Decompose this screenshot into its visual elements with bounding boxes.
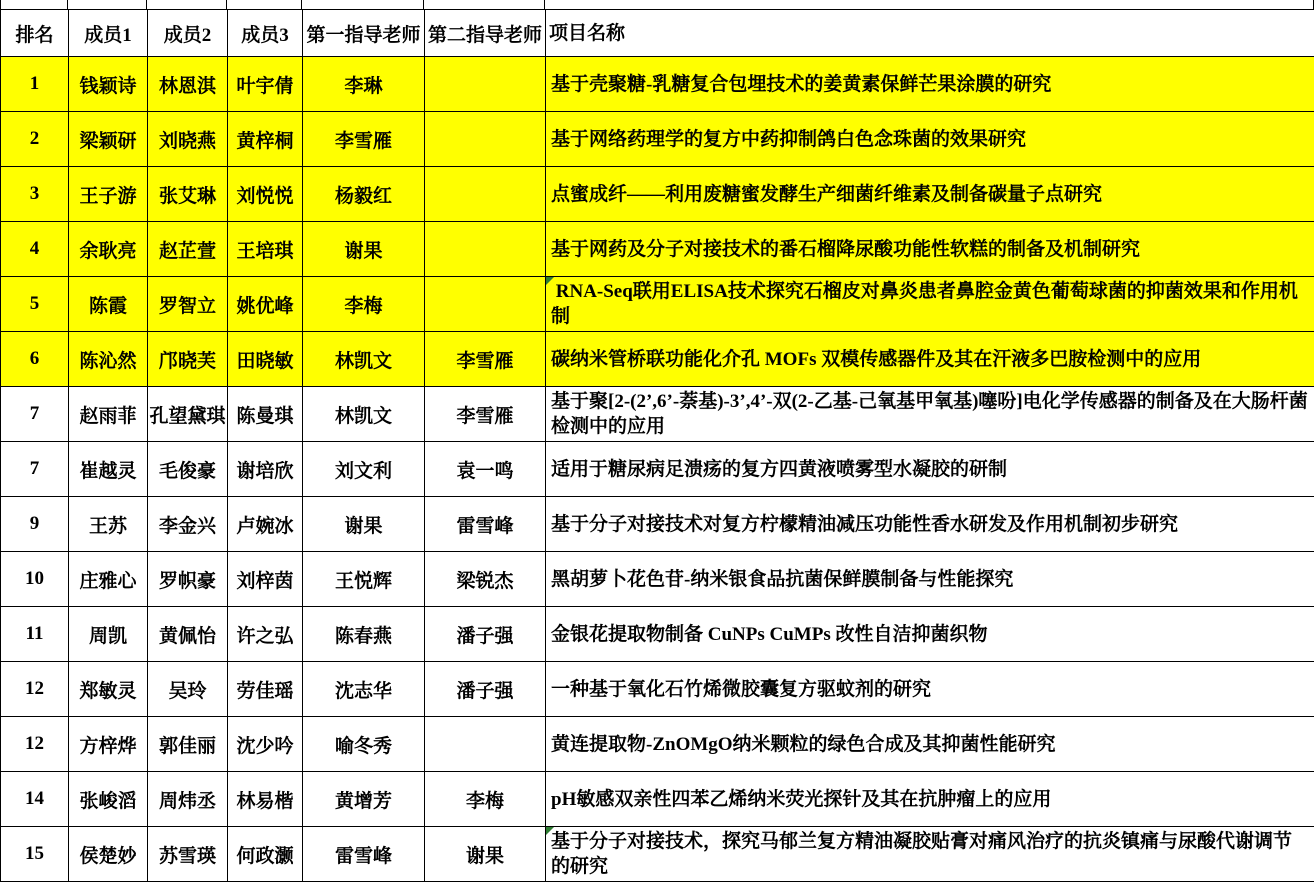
cell-rank[interactable]: 2: [1, 112, 69, 167]
header-project[interactable]: 项目名称: [546, 10, 1314, 57]
cell-teacher2[interactable]: 潘子强: [425, 607, 546, 662]
cell-teacher1[interactable]: 李琳: [303, 57, 425, 112]
cell-member1[interactable]: 王苏: [69, 497, 148, 552]
cell-teacher2[interactable]: [425, 717, 546, 772]
cell-teacher1[interactable]: 林凯文: [303, 332, 425, 387]
cell-member1[interactable]: 陈沁然: [69, 332, 148, 387]
cell-project[interactable]: 基于分子对接技术对复方柠檬精油减压功能性香水研发及作用机制初步研究: [546, 497, 1314, 552]
cell-teacher1[interactable]: 沈志华: [303, 662, 425, 717]
cell-teacher2[interactable]: 梁锐杰: [425, 552, 546, 607]
cell-rank[interactable]: 7: [1, 387, 69, 442]
partial-cell: [302, 0, 424, 9]
cell-rank[interactable]: 7: [1, 442, 69, 497]
cell-project[interactable]: 基于分子对接技术，探究马郁兰复方精油凝胶贴膏对痛风治疗的抗炎镇痛与尿酸代谢调节的…: [546, 827, 1314, 882]
cell-member3[interactable]: 谢培欣: [228, 442, 303, 497]
cell-rank[interactable]: 14: [1, 772, 69, 827]
table-row: 4余耿亮赵芷萱王培琪谢果基于网药及分子对接技术的番石榴降尿酸功能性软糕的制备及机…: [1, 222, 1314, 277]
cell-teacher1[interactable]: 雷雪峰: [303, 827, 425, 882]
cell-teacher2[interactable]: [425, 112, 546, 167]
cell-member2[interactable]: 刘晓燕: [148, 112, 228, 167]
cell-member3[interactable]: 林易楷: [228, 772, 303, 827]
header-rank[interactable]: 排名: [1, 10, 69, 57]
cell-member2[interactable]: 郭佳丽: [148, 717, 228, 772]
cell-member3[interactable]: 刘悦悦: [228, 167, 303, 222]
cell-rank[interactable]: 12: [1, 662, 69, 717]
cell-member1[interactable]: 梁颖研: [69, 112, 148, 167]
table-row: 7崔越灵毛俊豪谢培欣刘文利袁一鸣适用于糖尿病足溃疡的复方四黄液喷雾型水凝胶的研制: [1, 442, 1314, 497]
cell-rank[interactable]: 15: [1, 827, 69, 882]
cell-member3[interactable]: 黄梓桐: [228, 112, 303, 167]
cell-member1[interactable]: 崔越灵: [69, 442, 148, 497]
table-row: 5陈霞罗智立姚优峰李梅 RNA-Seq联用ELISA技术探究石榴皮对鼻炎患者鼻腔…: [1, 277, 1314, 332]
cell-teacher1[interactable]: 喻冬秀: [303, 717, 425, 772]
cell-rank[interactable]: 9: [1, 497, 69, 552]
cell-teacher2[interactable]: 袁一鸣: [425, 442, 546, 497]
partial-row-above: [0, 0, 1314, 9]
cell-teacher1[interactable]: 杨毅红: [303, 167, 425, 222]
cell-member1[interactable]: 陈霞: [69, 277, 148, 332]
table-row: 11周凯黄佩怡许之弘陈春燕潘子强金银花提取物制备 CuNPs CuMPs 改性自…: [1, 607, 1314, 662]
table-row: 15侯楚妙苏雪瑛何政灏雷雪峰谢果基于分子对接技术，探究马郁兰复方精油凝胶贴膏对痛…: [1, 827, 1314, 882]
cell-teacher2[interactable]: [425, 277, 546, 332]
spreadsheet: 排名 成员1 成员2 成员3 第一指导老师 第二指导老师 项目名称 1钱颖诗林恩…: [0, 0, 1314, 882]
cell-member1[interactable]: 钱颖诗: [69, 57, 148, 112]
partial-cell: [0, 0, 68, 9]
cell-member2[interactable]: 邝晓芙: [148, 332, 228, 387]
cell-member2[interactable]: 李金兴: [148, 497, 228, 552]
cell-rank[interactable]: 1: [1, 57, 69, 112]
table-row: 12郑敏灵吴玲劳佳瑶沈志华潘子强一种基于氧化石竹烯微胶囊复方驱蚊剂的研究: [1, 662, 1314, 717]
error-indicator-triangle-icon: [546, 827, 554, 835]
cell-teacher2[interactable]: [425, 57, 546, 112]
cell-teacher1[interactable]: 刘文利: [303, 442, 425, 497]
cell-member2[interactable]: 赵芷萱: [148, 222, 228, 277]
cell-member2[interactable]: 苏雪瑛: [148, 827, 228, 882]
cell-teacher1[interactable]: 李梅: [303, 277, 425, 332]
cell-member1[interactable]: 侯楚妙: [69, 827, 148, 882]
partial-cell: [227, 0, 302, 9]
cell-member2[interactable]: 黄佩怡: [148, 607, 228, 662]
cell-project[interactable]: 基于网药及分子对接技术的番石榴降尿酸功能性软糕的制备及机制研究: [546, 222, 1314, 277]
cell-teacher2[interactable]: 谢果: [425, 827, 546, 882]
table-body: 1钱颖诗林恩淇叶宇倩李琳基于壳聚糖-乳糖复合包埋技术的姜黄素保鲜芒果涂膜的研究2…: [1, 57, 1314, 882]
partial-cell: [147, 0, 227, 9]
ranking-table: 排名 成员1 成员2 成员3 第一指导老师 第二指导老师 项目名称 1钱颖诗林恩…: [0, 9, 1314, 882]
cell-project[interactable]: pH敏感双亲性四苯乙烯纳米荧光探针及其在抗肿瘤上的应用: [546, 772, 1314, 827]
cell-member2[interactable]: 张艾琳: [148, 167, 228, 222]
cell-member3[interactable]: 姚优峰: [228, 277, 303, 332]
header-member2[interactable]: 成员2: [148, 10, 228, 57]
cell-member1[interactable]: 方梓烨: [69, 717, 148, 772]
cell-member1[interactable]: 张峻滔: [69, 772, 148, 827]
cell-teacher1[interactable]: 林凯文: [303, 387, 425, 442]
cell-teacher2[interactable]: 李雪雁: [425, 332, 546, 387]
cell-member1[interactable]: 王子游: [69, 167, 148, 222]
cell-project[interactable]: 基于网络药理学的复方中药抑制鸽白色念珠菌的效果研究: [546, 112, 1314, 167]
cell-teacher1[interactable]: 李雪雁: [303, 112, 425, 167]
cell-teacher1[interactable]: 黄增芳: [303, 772, 425, 827]
cell-member1[interactable]: 郑敏灵: [69, 662, 148, 717]
header-teacher2[interactable]: 第二指导老师: [425, 10, 546, 57]
cell-member2[interactable]: 林恩淇: [148, 57, 228, 112]
cell-teacher2[interactable]: [425, 222, 546, 277]
table-row: 12方梓烨郭佳丽沈少吟喻冬秀黄连提取物-ZnOMgO纳米颗粒的绿色合成及其抑菌性…: [1, 717, 1314, 772]
cell-member2[interactable]: 吴玲: [148, 662, 228, 717]
table-row: 7赵雨菲孔望黛琪陈曼琪林凯文李雪雁基于聚[2-(2’,6’-萘基)-3’,4’-…: [1, 387, 1314, 442]
cell-member1[interactable]: 庄雅心: [69, 552, 148, 607]
table-row: 3王子游张艾琳刘悦悦杨毅红点蜜成纤——利用废糖蜜发酵生产细菌纤维素及制备碳量子点…: [1, 167, 1314, 222]
cell-project[interactable]: 碳纳米管桥联功能化介孔 MOFs 双模传感器件及其在汗液多巴胺检测中的应用: [546, 332, 1314, 387]
cell-teacher2[interactable]: [425, 167, 546, 222]
partial-cell: [545, 0, 1314, 9]
cell-project[interactable]: 黑胡萝卜花色苷-纳米银食品抗菌保鲜膜制备与性能探究: [546, 552, 1314, 607]
cell-project[interactable]: 基于聚[2-(2’,6’-萘基)-3’,4’-双(2-乙基-己氧基甲氧基)噻吩]…: [546, 387, 1314, 442]
cell-project[interactable]: 点蜜成纤——利用废糖蜜发酵生产细菌纤维素及制备碳量子点研究: [546, 167, 1314, 222]
table-row: 14张峻滔周炜丞林易楷黄增芳李梅pH敏感双亲性四苯乙烯纳米荧光探针及其在抗肿瘤上…: [1, 772, 1314, 827]
cell-project[interactable]: 金银花提取物制备 CuNPs CuMPs 改性自洁抑菌织物: [546, 607, 1314, 662]
cell-teacher1[interactable]: 谢果: [303, 222, 425, 277]
cell-rank[interactable]: 12: [1, 717, 69, 772]
table-row: 6陈沁然邝晓芙田晓敏林凯文李雪雁碳纳米管桥联功能化介孔 MOFs 双模传感器件及…: [1, 332, 1314, 387]
cell-project[interactable]: 基于壳聚糖-乳糖复合包埋技术的姜黄素保鲜芒果涂膜的研究: [546, 57, 1314, 112]
cell-rank[interactable]: 4: [1, 222, 69, 277]
header-member3[interactable]: 成员3: [228, 10, 303, 57]
cell-teacher2[interactable]: 潘子强: [425, 662, 546, 717]
cell-member1[interactable]: 周凯: [69, 607, 148, 662]
cell-member2[interactable]: 罗帜豪: [148, 552, 228, 607]
cell-member3[interactable]: 何政灏: [228, 827, 303, 882]
cell-teacher1[interactable]: 谢果: [303, 497, 425, 552]
header-row: 排名 成员1 成员2 成员3 第一指导老师 第二指导老师 项目名称: [1, 10, 1314, 57]
cell-member2[interactable]: 周炜丞: [148, 772, 228, 827]
cell-member3[interactable]: 田晓敏: [228, 332, 303, 387]
cell-project[interactable]: 黄连提取物-ZnOMgO纳米颗粒的绿色合成及其抑菌性能研究: [546, 717, 1314, 772]
partial-cell: [68, 0, 147, 9]
partial-cell: [424, 0, 545, 9]
cell-project[interactable]: 适用于糖尿病足溃疡的复方四黄液喷雾型水凝胶的研制: [546, 442, 1314, 497]
table-row: 10庄雅心罗帜豪刘梓茵王悦辉梁锐杰黑胡萝卜花色苷-纳米银食品抗菌保鲜膜制备与性能…: [1, 552, 1314, 607]
cell-teacher1[interactable]: 陈春燕: [303, 607, 425, 662]
cell-member1[interactable]: 赵雨菲: [69, 387, 148, 442]
cell-member3[interactable]: 沈少吟: [228, 717, 303, 772]
cell-teacher1[interactable]: 王悦辉: [303, 552, 425, 607]
cell-rank[interactable]: 10: [1, 552, 69, 607]
cell-member3[interactable]: 劳佳瑶: [228, 662, 303, 717]
cell-project[interactable]: 一种基于氧化石竹烯微胶囊复方驱蚊剂的研究: [546, 662, 1314, 717]
table-row: 9王苏李金兴卢婉冰谢果雷雪峰基于分子对接技术对复方柠檬精油减压功能性香水研发及作…: [1, 497, 1314, 552]
cell-member1[interactable]: 余耿亮: [69, 222, 148, 277]
cell-rank[interactable]: 6: [1, 332, 69, 387]
cell-member2[interactable]: 孔望黛琪: [148, 387, 228, 442]
cell-rank[interactable]: 3: [1, 167, 69, 222]
cell-teacher2[interactable]: 雷雪峰: [425, 497, 546, 552]
cell-member3[interactable]: 许之弘: [228, 607, 303, 662]
cell-member3[interactable]: 刘梓茵: [228, 552, 303, 607]
cell-project[interactable]: RNA-Seq联用ELISA技术探究石榴皮对鼻炎患者鼻腔金黄色葡萄球菌的抑菌效果…: [546, 277, 1314, 332]
cell-member2[interactable]: 毛俊豪: [148, 442, 228, 497]
header-teacher1[interactable]: 第一指导老师: [303, 10, 425, 57]
cell-member3[interactable]: 卢婉冰: [228, 497, 303, 552]
table-row: 1钱颖诗林恩淇叶宇倩李琳基于壳聚糖-乳糖复合包埋技术的姜黄素保鲜芒果涂膜的研究: [1, 57, 1314, 112]
error-indicator-triangle-icon: [546, 277, 554, 285]
cell-rank[interactable]: 5: [1, 277, 69, 332]
header-member1[interactable]: 成员1: [69, 10, 148, 57]
cell-member3[interactable]: 叶宇倩: [228, 57, 303, 112]
cell-teacher2[interactable]: 李梅: [425, 772, 546, 827]
cell-teacher2[interactable]: 李雪雁: [425, 387, 546, 442]
table-row: 2梁颖研刘晓燕黄梓桐李雪雁基于网络药理学的复方中药抑制鸽白色念珠菌的效果研究: [1, 112, 1314, 167]
cell-member3[interactable]: 王培琪: [228, 222, 303, 277]
cell-rank[interactable]: 11: [1, 607, 69, 662]
cell-member3[interactable]: 陈曼琪: [228, 387, 303, 442]
cell-member2[interactable]: 罗智立: [148, 277, 228, 332]
